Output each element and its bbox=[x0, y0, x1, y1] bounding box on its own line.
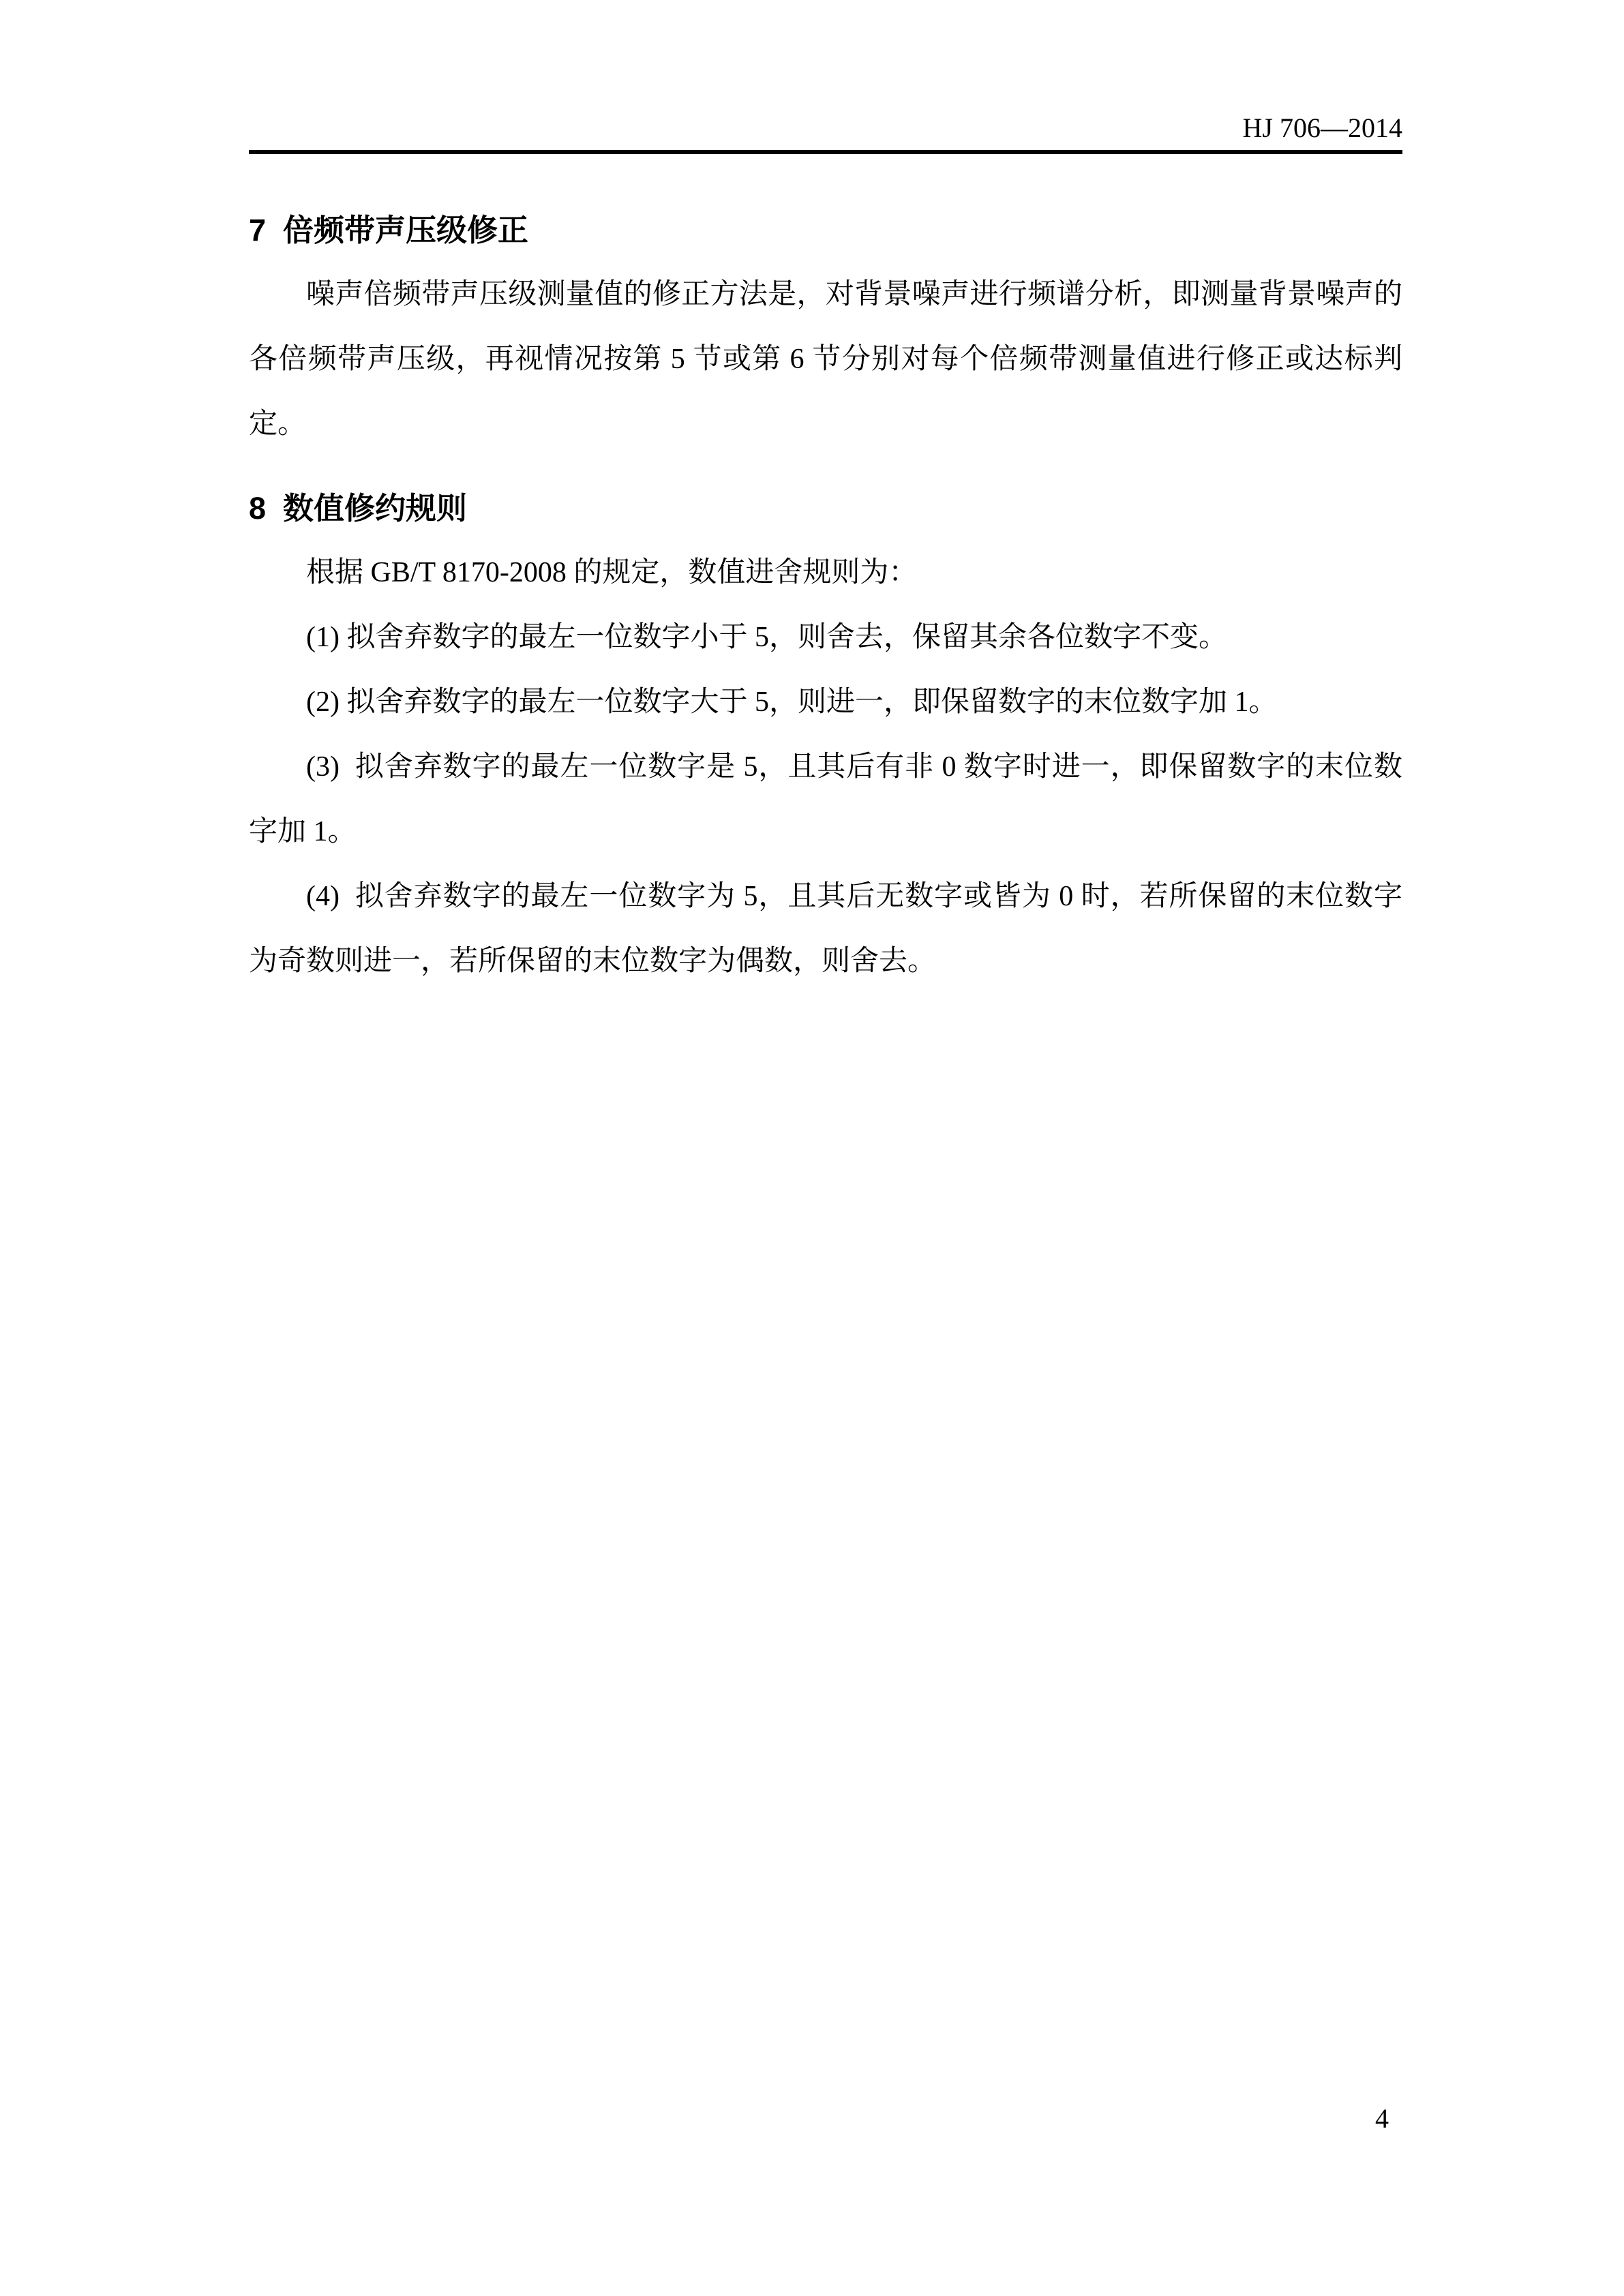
rounding-rule-item-3: (3) 拟舍弃数字的最左一位数字是 5，且其后有非 0 数字时进一，即保留数字的… bbox=[249, 735, 1402, 864]
section-7-paragraph: 噪声倍频带声压级测量值的修正方法是，对背景噪声进行频谱分析，即测量背景噪声的各倍… bbox=[249, 262, 1402, 457]
section-8-heading: 8 数值修约规则 bbox=[249, 476, 1402, 541]
rounding-rule-item-2: (2) 拟舍弃数字的最左一位数字大于 5，则进一，即保留数字的末位数字加 1。 bbox=[249, 670, 1402, 735]
page-number: 4 bbox=[1375, 2098, 1389, 2139]
document-page: HJ 706—2014 7 倍频带声压级修正 噪声倍频带声压级测量值的修正方法是… bbox=[0, 0, 1624, 2296]
header-standard-code: HJ 706—2014 bbox=[1243, 108, 1402, 149]
section-7-heading: 7 倍频带声压级修正 bbox=[249, 198, 1402, 262]
section-8-intro-paragraph: 根据 GB/T 8170-2008 的规定，数值进舍规则为： bbox=[249, 541, 1402, 605]
rounding-rule-item-1: (1) 拟舍弃数字的最左一位数字小于 5，则舍去，保留其余各位数字不变。 bbox=[249, 605, 1402, 670]
rounding-rule-item-4: (4) 拟舍弃数字的最左一位数字为 5，且其后无数字或皆为 0 时，若所保留的末… bbox=[249, 864, 1402, 994]
page-content: 7 倍频带声压级修正 噪声倍频带声压级测量值的修正方法是，对背景噪声进行频谱分析… bbox=[249, 154, 1402, 994]
